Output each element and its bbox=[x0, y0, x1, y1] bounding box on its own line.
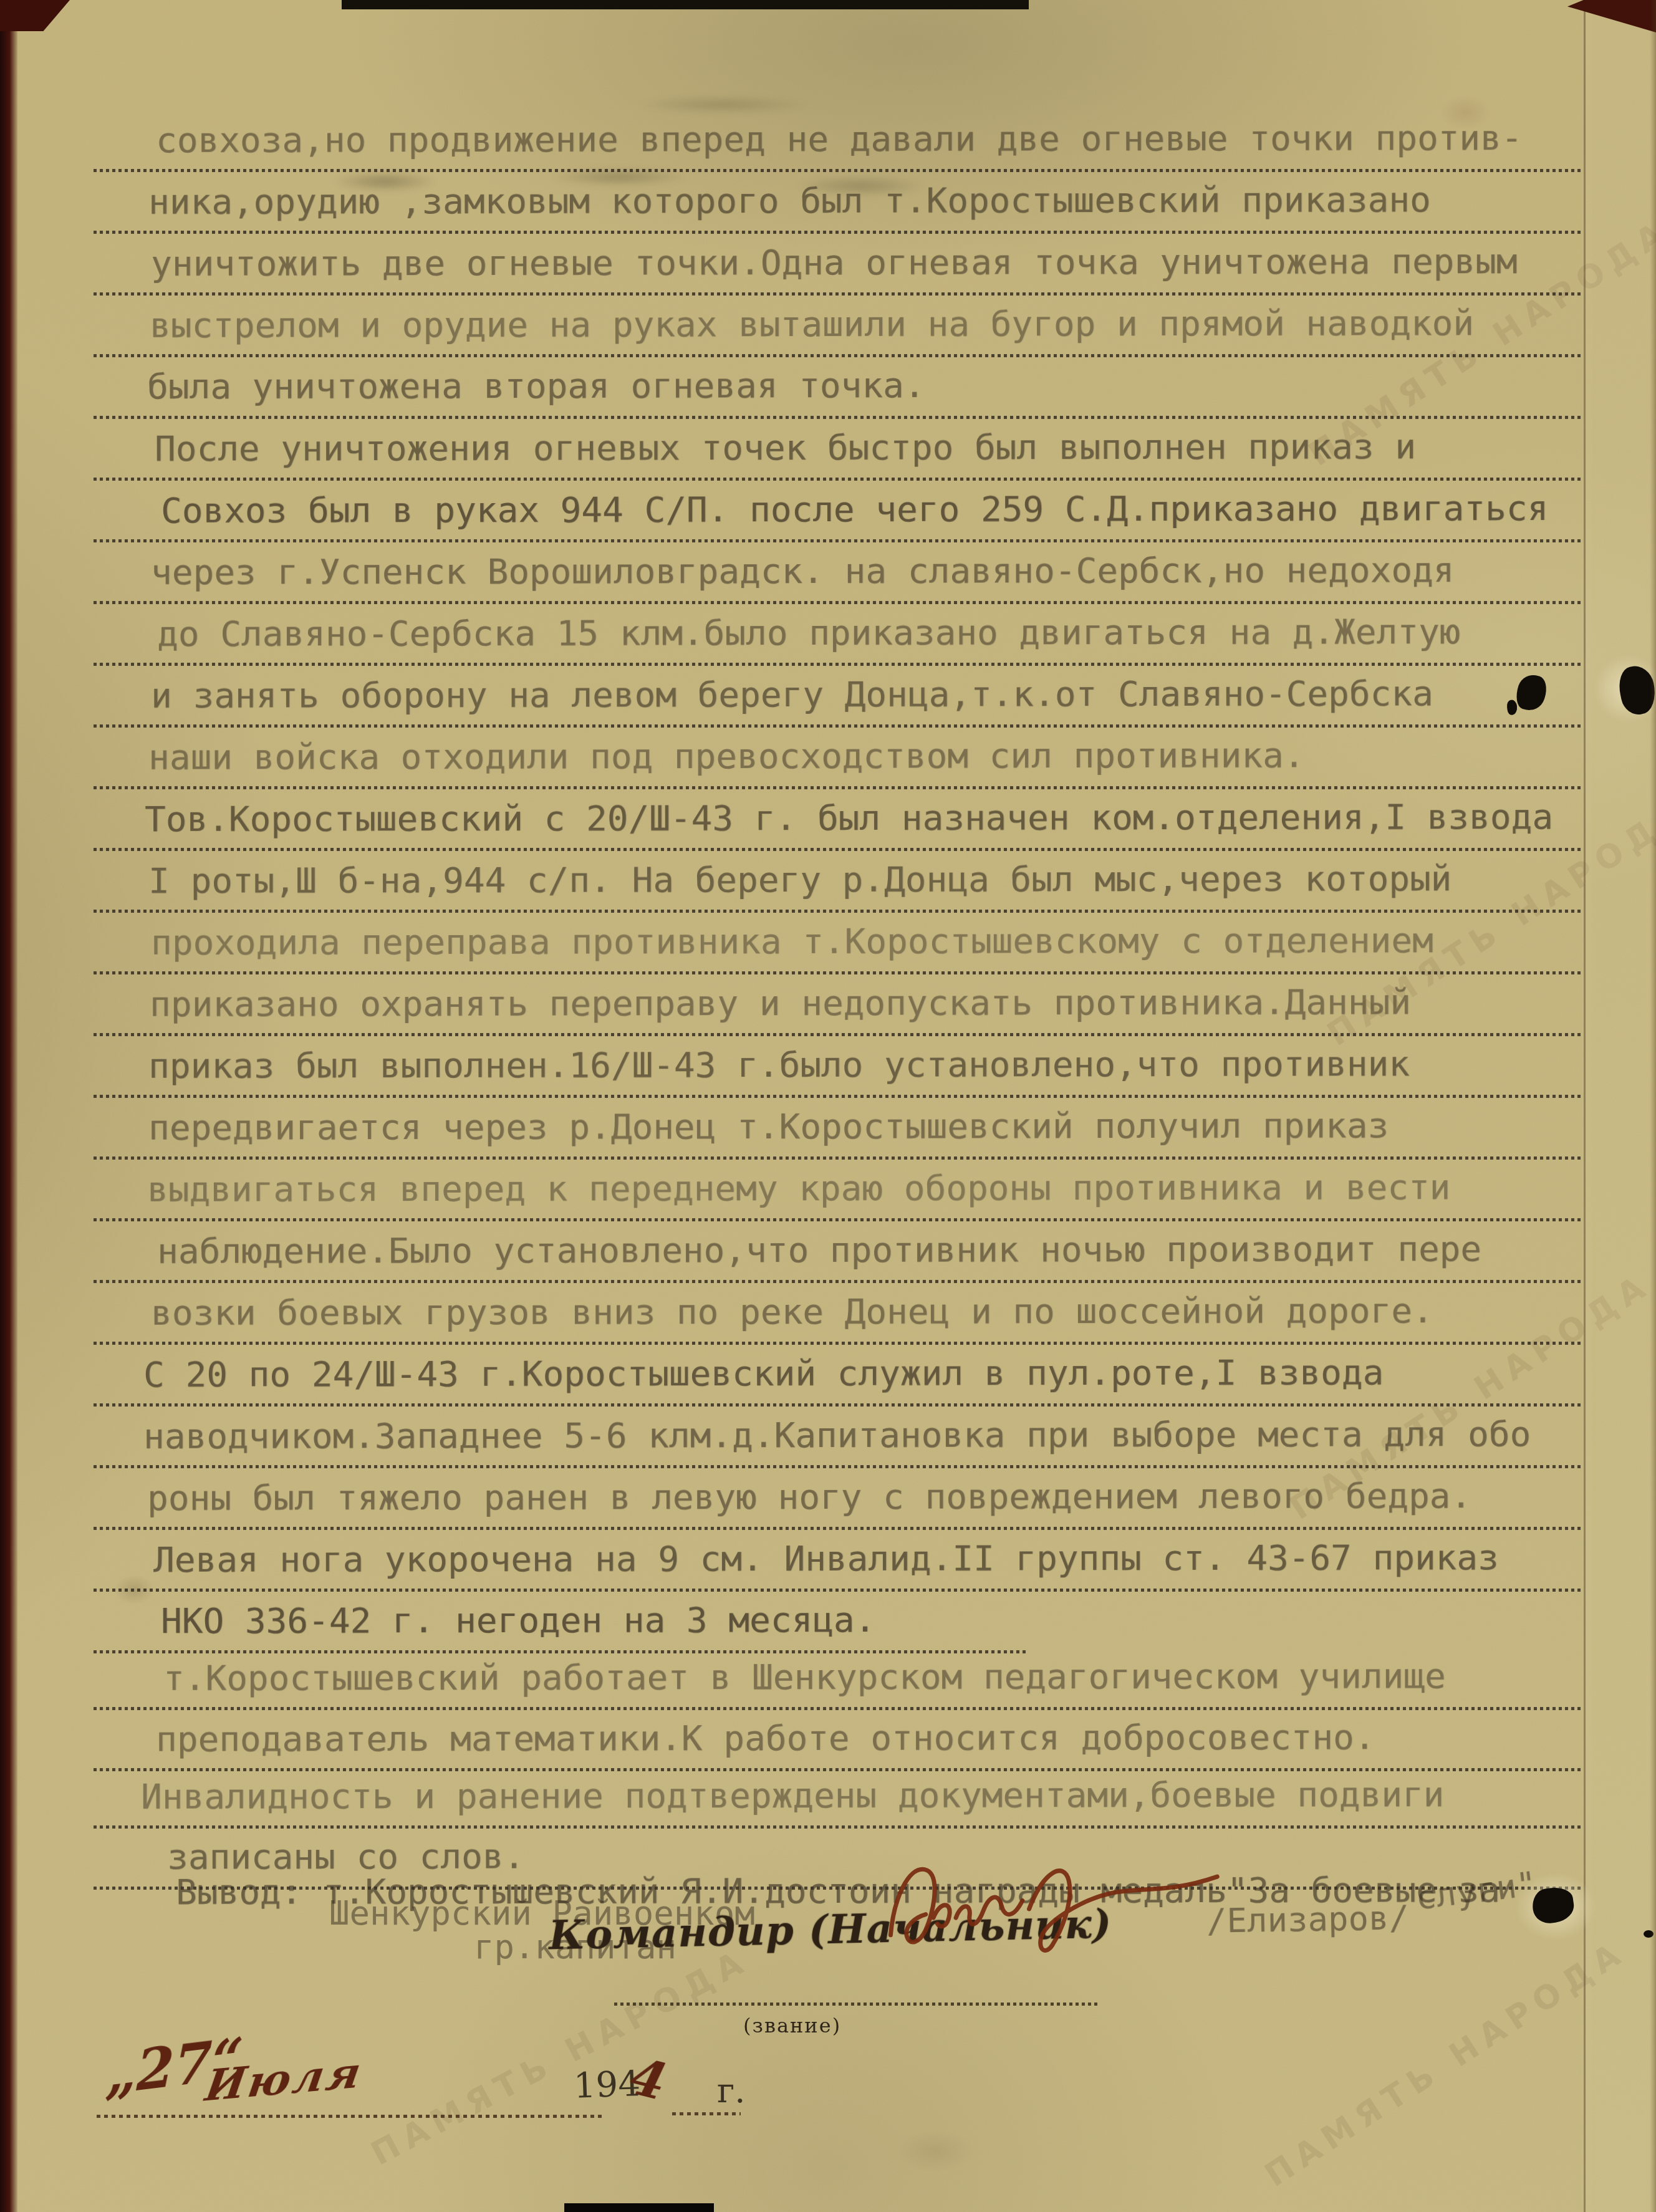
dotted-rule bbox=[94, 354, 1584, 357]
typed-line-19: наблюдение.Было установлено,что противни… bbox=[157, 1231, 1481, 1271]
typed-line-29: записаны со слов. bbox=[167, 1839, 524, 1876]
typed-line-21: С 20 по 24/Ш-43 г.Коростышевский служил … bbox=[143, 1355, 1384, 1393]
typed-line-28: Инвалидность и ранение подтверждены доку… bbox=[141, 1777, 1444, 1815]
dotted-rule bbox=[94, 848, 1584, 851]
paper-hole bbox=[1512, 671, 1551, 714]
scan-edge-bottom bbox=[564, 2203, 714, 2212]
dotted-rule bbox=[94, 1650, 1029, 1653]
dotted-rule bbox=[94, 169, 1584, 172]
dotted-rule bbox=[94, 292, 1584, 296]
signer-name: /Елизаров/ bbox=[1206, 1901, 1410, 1938]
dotted-leader bbox=[97, 2115, 602, 2118]
dotted-rule bbox=[94, 1280, 1584, 1283]
year-suffix: г. bbox=[717, 2071, 745, 2110]
typed-line-3: уничтожить две огневые точки.Одна огнева… bbox=[151, 244, 1518, 283]
dotted-rule bbox=[94, 416, 1584, 419]
dotted-rule bbox=[94, 539, 1584, 542]
dotted-rule bbox=[94, 1527, 1584, 1530]
typed-line-18: выдвигаться вперед к переднему краю обор… bbox=[147, 1170, 1450, 1208]
dotted-rule bbox=[94, 478, 1584, 481]
typed-line-6: После уничтожения огневых точек быстро б… bbox=[155, 429, 1416, 468]
scan-edge-left bbox=[0, 0, 17, 2212]
typed-line-23: роны был тяжело ранен в левую ногу с пов… bbox=[147, 1478, 1471, 1517]
dotted-rule bbox=[94, 231, 1584, 234]
dotted-rule bbox=[94, 601, 1584, 604]
typed-line-16: приказ был выполнен.16/Ш-43 г.было устан… bbox=[148, 1046, 1410, 1085]
dotted-rule bbox=[94, 1589, 1584, 1592]
archive-watermark: ПАМЯТЬ НАРОДА bbox=[365, 1942, 756, 2173]
typed-line-14: проходила переправа противника т.Коросты… bbox=[151, 923, 1433, 961]
dotted-rule bbox=[94, 1768, 1584, 1771]
scan-corner-top-left bbox=[0, 0, 70, 31]
dotted-rule bbox=[94, 1033, 1584, 1036]
dotted-rule bbox=[94, 724, 1584, 728]
scan-edge-top bbox=[342, 0, 1029, 9]
ink-smudge bbox=[549, 87, 985, 122]
typed-line-25: НКО 336-42 г. негоден на 3 месяца. bbox=[161, 1602, 875, 1640]
zvanie-rule bbox=[614, 2003, 1097, 2006]
dotted-rule bbox=[94, 786, 1584, 789]
typed-line-2: ника,орудию ,замковым которого был т.Кор… bbox=[148, 182, 1431, 221]
dotted-rule bbox=[94, 663, 1584, 666]
document-scan-page: ПАМЯТЬ НАРОДА ПАМЯТЬ НАРОДА ПАМЯТЬ НАРОД… bbox=[0, 0, 1656, 2212]
typed-line-4: выстрелом и орудие на руках выташили на … bbox=[150, 305, 1474, 345]
typed-line-11: наши войска отходили под превосходством … bbox=[148, 738, 1304, 776]
dotted-rule bbox=[94, 1825, 1584, 1829]
typed-line-5: была уничтожена вторая огневая точка. bbox=[147, 368, 925, 406]
typed-line-20: возки боевых грузов вниз по реке Донец и… bbox=[151, 1293, 1433, 1332]
handwritten-year-digit: 4 bbox=[624, 2047, 672, 2112]
typed-line-12: Тов.Коростышевский с 20/Ш-43 г. был назн… bbox=[145, 799, 1553, 839]
paper-fold-highlight bbox=[1586, 0, 1655, 2212]
handwritten-signature bbox=[869, 1829, 1236, 1975]
typed-line-26: т.Коростышевский работает в Шенкурском п… bbox=[163, 1658, 1446, 1697]
typed-line-10: и занять оборону на левом берегу Донца,т… bbox=[151, 676, 1433, 714]
typed-line-9: до Славяно-Сербска 15 клм.было приказано… bbox=[157, 614, 1460, 653]
dotted-rule bbox=[94, 1095, 1584, 1098]
dotted-rule bbox=[94, 1218, 1584, 1221]
dotted-rule bbox=[94, 1342, 1584, 1345]
dotted-rule bbox=[94, 1465, 1584, 1468]
typed-line-8: через г.Успенск Ворошиловградск. на слав… bbox=[151, 552, 1454, 591]
archive-watermark: ПАМЯТЬ НАРОДА bbox=[1258, 1933, 1633, 2194]
scan-edge-right bbox=[1650, 0, 1656, 2212]
dotted-rule bbox=[94, 971, 1584, 974]
dotted-leader bbox=[672, 2112, 741, 2115]
typed-line-13: I роты,Ш б-на,944 с/п. На берегу р.Донца… bbox=[148, 861, 1451, 900]
typed-line-7: Совхоз был в руках 944 С/П. после чего 2… bbox=[161, 491, 1548, 530]
typed-line-27: преподаватель математики.К работе относи… bbox=[156, 1719, 1375, 1758]
dotted-rule bbox=[94, 1707, 1584, 1710]
zvanie-label: (звание) bbox=[743, 2014, 841, 2037]
dotted-rule bbox=[94, 1403, 1584, 1407]
dotted-rule bbox=[94, 1156, 1584, 1160]
typed-line-1: совхоза,но продвижение вперед не давали … bbox=[156, 120, 1523, 160]
typed-line-22: наводчиком.Западнее 5-6 клм.д.Капитановк… bbox=[143, 1416, 1531, 1456]
typed-line-17: передвигается через р.Донец т.Коростышев… bbox=[148, 1108, 1389, 1147]
typed-line-15: приказано охранять переправу и недопуска… bbox=[150, 984, 1411, 1023]
typed-line-24: Левая нога укорочена на 9 см. Инвалид.II… bbox=[153, 1540, 1499, 1579]
dotted-rule bbox=[94, 910, 1584, 913]
